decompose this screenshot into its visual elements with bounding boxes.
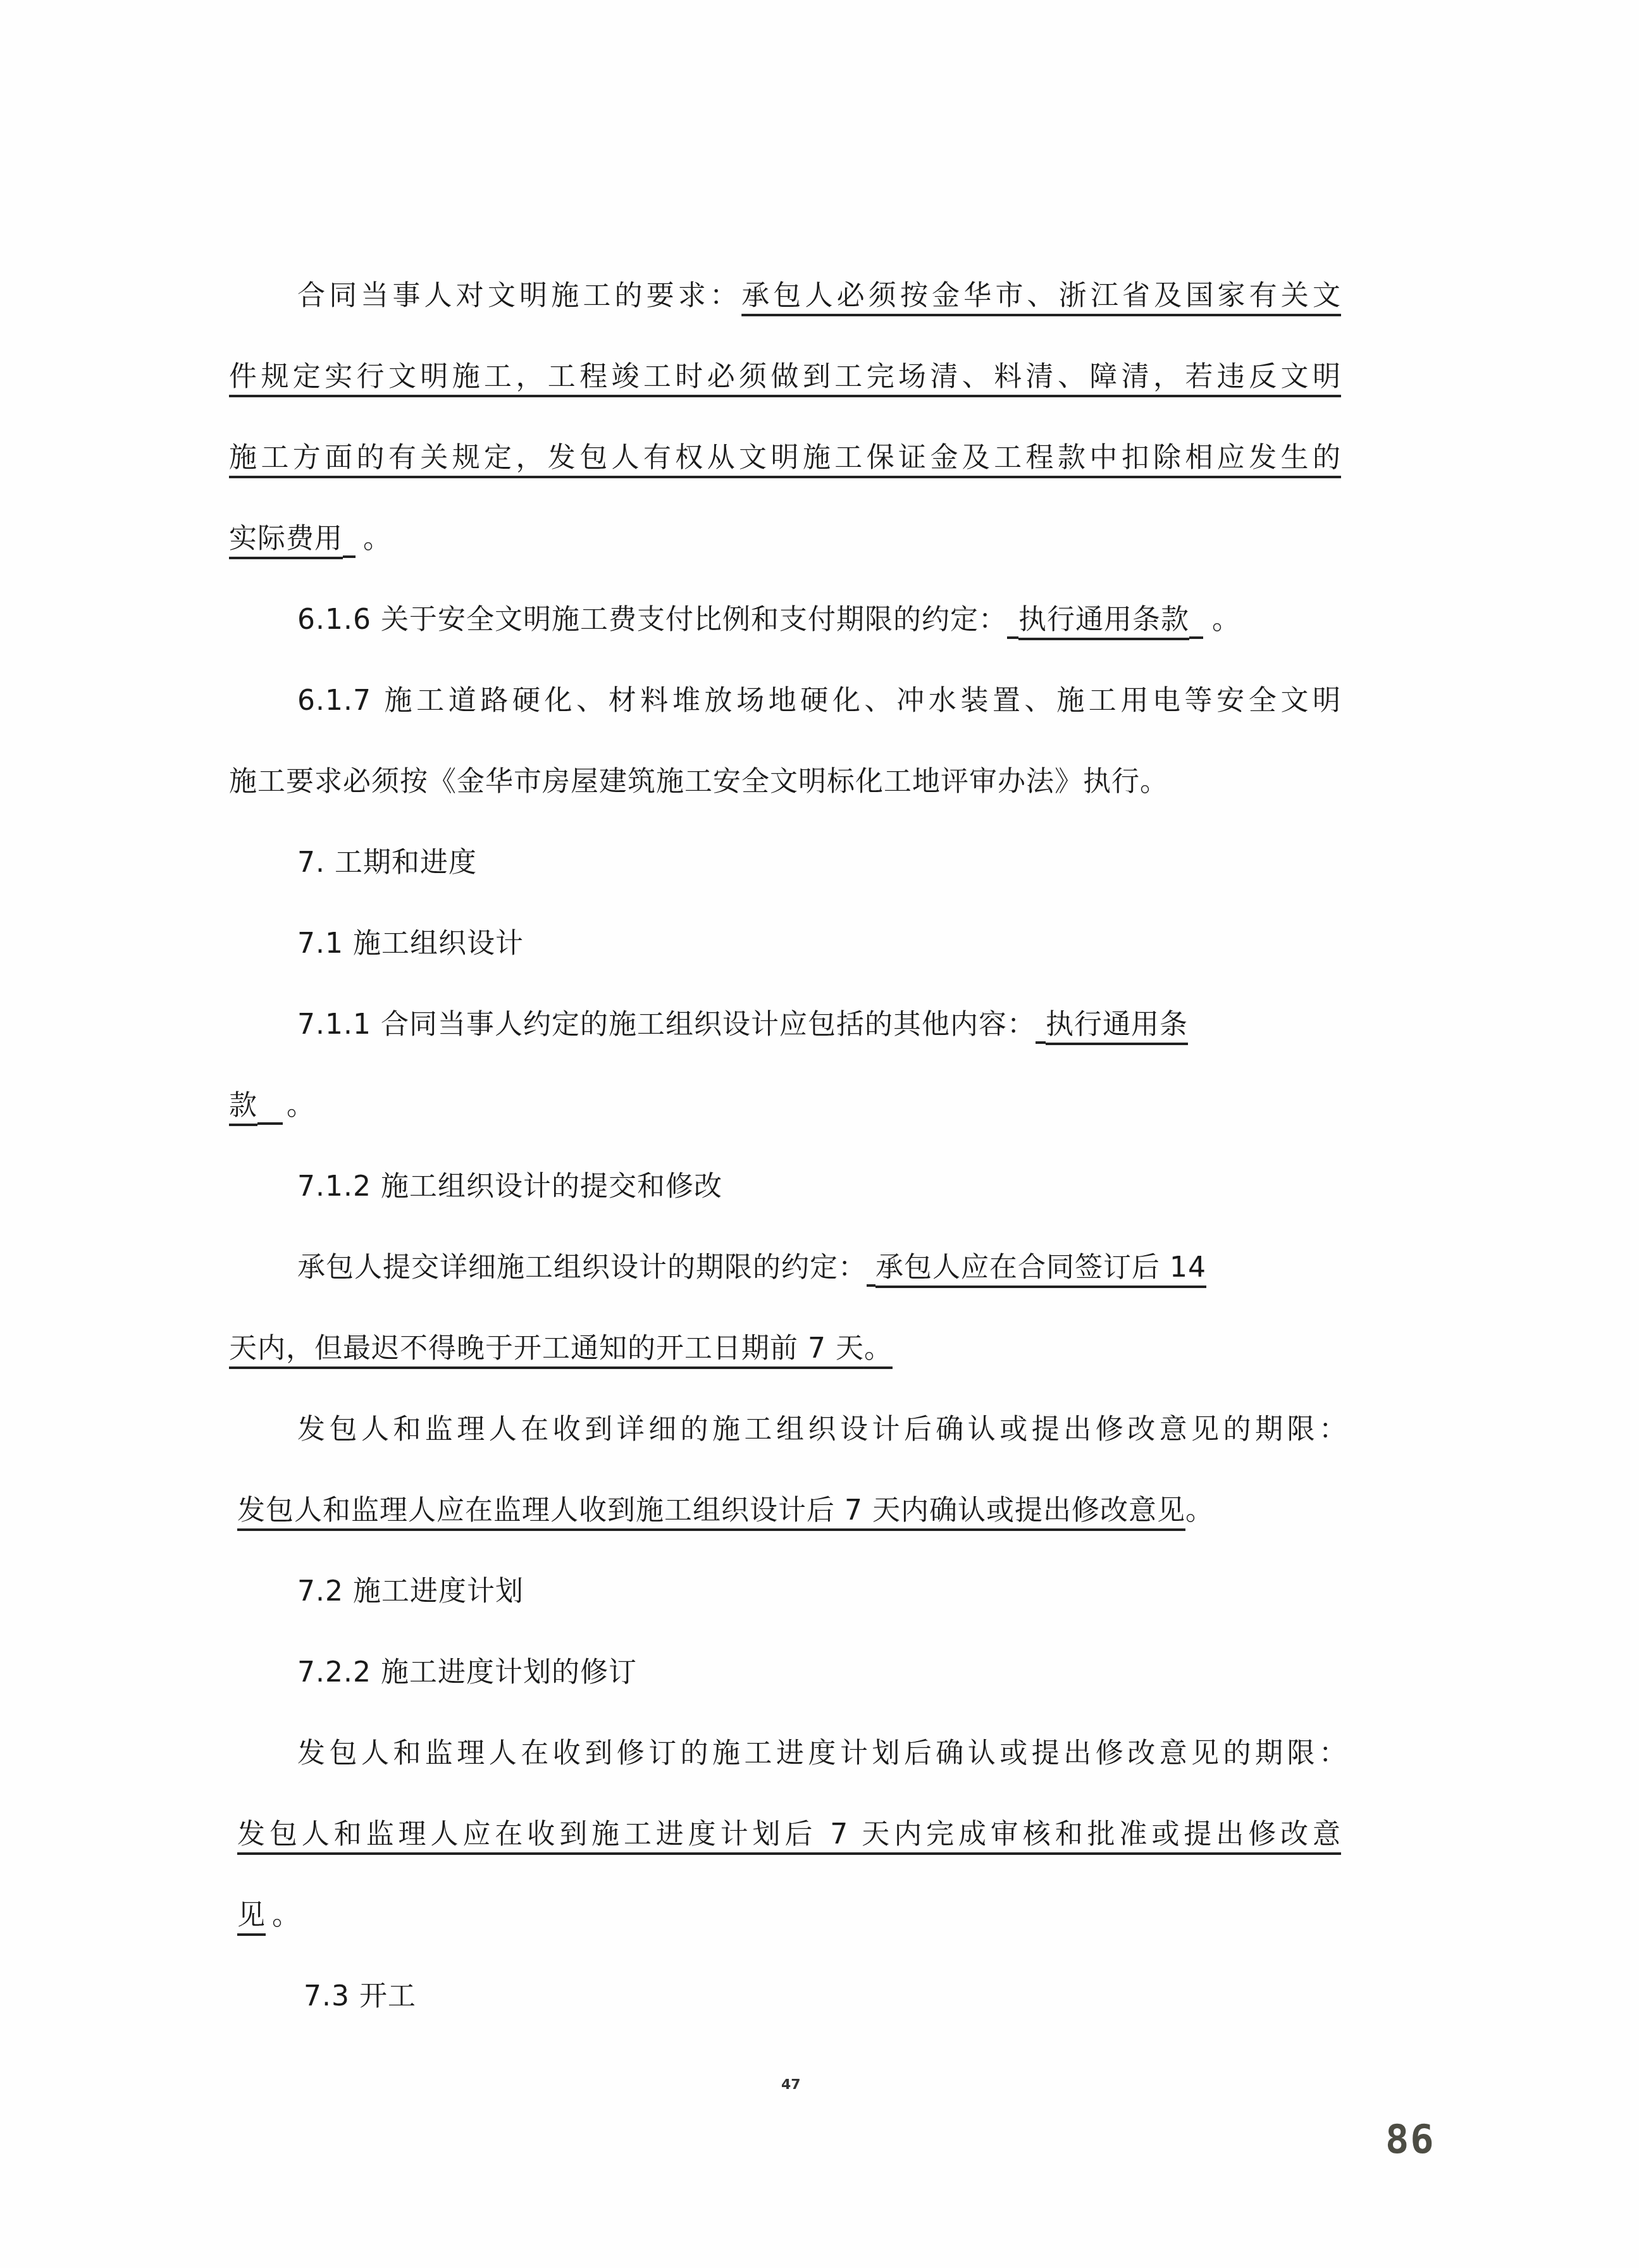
- paragraph-line: 发包人和监理人应在收到施工进度计划后 7 天内完成审核和批准或提出修改意: [237, 1816, 1341, 1854]
- heading-text: 7.1.2 施工组织设计的提交和修改: [297, 1170, 722, 1203]
- stamped-page-number: 86: [1385, 2116, 1435, 2162]
- paragraph-line: 见。: [237, 1897, 300, 1935]
- heading-text: 7.2 施工进度计划: [297, 1575, 524, 1608]
- clause-number: 6.1.7: [297, 685, 371, 717]
- filled-value: 实际费用: [229, 523, 343, 555]
- paragraph-text: 合同当事人对文明施工的要求：: [297, 280, 741, 312]
- filled-value: 天内，但最迟不得晚于开工通知的开工日期前 7 天: [229, 1332, 864, 1365]
- paragraph-line: 款。: [229, 1087, 315, 1125]
- blank-underline: [1189, 602, 1203, 639]
- employer-review-deadline: 发包人和监理人在收到详细的施工组织设计后确认或提出修改意见的期限：: [297, 1411, 1347, 1449]
- punctuation: 。: [287, 1089, 315, 1122]
- heading-text: 7.3 开工: [304, 1980, 416, 2012]
- clause-number: 6.1.6: [297, 604, 371, 636]
- clause-text: 发包人和监理人在收到修订的施工进度计划后确认或提出修改意见的期限：: [297, 1737, 1347, 1769]
- punctuation: 。: [1212, 604, 1240, 636]
- section-heading-7-2: 7.2 施工进度计划: [297, 1573, 524, 1611]
- section-heading-7-3: 7.3 开工: [304, 1978, 416, 2016]
- filled-value: 承包人必须按金华市、浙江省及国家有关文: [741, 280, 1341, 312]
- heading-text: 7.1 施工组织设计: [297, 927, 524, 960]
- filled-value: 执行通用条款: [1018, 604, 1189, 636]
- page-number: 47: [781, 2077, 801, 2093]
- paragraph-line: 施工方面的有关规定，发包人有权从文明施工保证金及工程款中扣除相应发生的: [229, 439, 1341, 477]
- section-heading-7: 7. 工期和进度: [297, 844, 477, 882]
- clause-6-1-7: 6.1.7 施工道路硬化、材料堆放场地硬化、冲水装置、施工用电等安全文明: [297, 682, 1341, 720]
- document-page: 合同当事人对文明施工的要求：承包人必须按金华市、浙江省及国家有关文 件规定实行文…: [0, 0, 1639, 2268]
- clause-text: 施工道路硬化、材料堆放场地硬化、冲水装置、施工用电等安全文明: [385, 685, 1341, 717]
- punctuation: 。: [272, 1899, 300, 1931]
- clause-text: 承包人提交详细施工组织设计的期限的约定：: [297, 1251, 867, 1284]
- clause-text: 合同当事人约定的施工组织设计应包括的其他内容：: [381, 1008, 1036, 1041]
- paragraph-line: 天内，但最迟不得晚于开工通知的开工日期前 7 天。: [229, 1330, 893, 1368]
- clause-number: 7.1.1: [297, 1008, 371, 1041]
- clause-heading-7-2-2: 7.2.2 施工进度计划的修订: [297, 1654, 637, 1692]
- blank-underline: [1036, 1007, 1046, 1044]
- filled-value: 承包人应在合同签订后 14: [875, 1251, 1206, 1284]
- punctuation: 。: [1185, 1494, 1214, 1527]
- blank-underline: [257, 1088, 283, 1125]
- clause-heading-7-1-2: 7.1.2 施工组织设计的提交和修改: [297, 1168, 722, 1206]
- filled-value: 款: [229, 1089, 257, 1122]
- paragraph-line: 发包人和监理人应在监理人收到施工组织设计后 7 天内确认或提出修改意见。: [237, 1492, 1214, 1530]
- blank-underline: [867, 1250, 875, 1287]
- blank-underline: [343, 521, 356, 558]
- contractor-submission-deadline: 承包人提交详细施工组织设计的期限的约定：承包人应在合同签订后 14: [297, 1249, 1206, 1287]
- paragraph-line: 实际费用。: [229, 520, 392, 558]
- clause-6-1-6: 6.1.6 关于安全文明施工费支付比例和支付期限的约定：执行通用条款。: [297, 601, 1240, 639]
- filled-value: 发包人和监理人应在监理人收到施工组织设计后 7 天内确认或提出修改意见: [237, 1494, 1185, 1527]
- heading-text: 7. 工期和进度: [297, 846, 477, 879]
- schedule-revision-deadline: 发包人和监理人在收到修订的施工进度计划后确认或提出修改意见的期限：: [297, 1735, 1347, 1773]
- filled-value: 施工方面的有关规定，发包人有权从文明施工保证金及工程款中扣除相应发生的: [229, 442, 1341, 474]
- paragraph-line: 件规定实行文明施工，工程竣工时必须做到工完场清、料清、障清，若违反文明: [229, 358, 1341, 396]
- paragraph-line: 施工要求必须按《金华市房屋建筑施工安全文明标化工地评审办法》执行。: [229, 763, 1168, 801]
- clause-text: 发包人和监理人在收到详细的施工组织设计后确认或提出修改意见的期限：: [297, 1413, 1347, 1446]
- filled-value: 见: [237, 1899, 266, 1931]
- clause-text: 施工要求必须按《金华市房屋建筑施工安全文明标化工地评审办法》执行。: [229, 765, 1168, 798]
- filled-value: 发包人和监理人应在收到施工进度计划后 7 天内完成审核和批准或提出修改意: [237, 1818, 1341, 1850]
- punctuation: 。: [363, 523, 392, 555]
- filled-value: 件规定实行文明施工，工程竣工时必须做到工完场清、料清、障清，若违反文明: [229, 361, 1341, 393]
- filled-value: 执行通用条: [1046, 1008, 1188, 1041]
- blank-underline: [1007, 602, 1018, 639]
- heading-text: 7.2.2 施工进度计划的修订: [297, 1656, 637, 1689]
- clause-7-1-1: 7.1.1 合同当事人约定的施工组织设计应包括的其他内容：执行通用条: [297, 1006, 1188, 1044]
- clause-text: 关于安全文明施工费支付比例和支付期限的约定：: [381, 604, 1007, 636]
- paragraph-line: 合同当事人对文明施工的要求：承包人必须按金华市、浙江省及国家有关文: [297, 277, 1341, 315]
- section-heading-7-1: 7.1 施工组织设计: [297, 925, 524, 963]
- punctuation: 。: [864, 1332, 893, 1365]
